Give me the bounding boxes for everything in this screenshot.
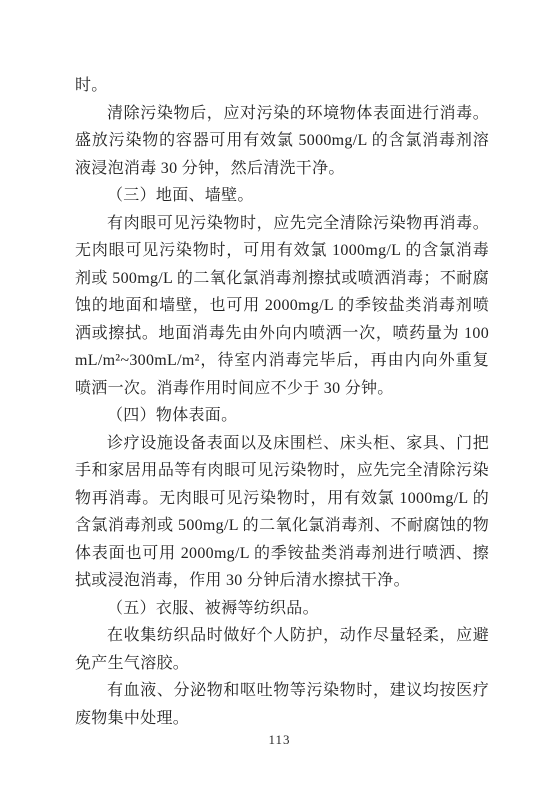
paragraph: 诊疗设施设备表面以及床围栏、床头柜、家具、门把手和家居用品等有肉眼可见污染物时，… [75, 430, 489, 595]
document-page: 时。 清除污染物后，应对污染的环境物体表面进行消毒。盛放污染物的容器可用有效氯 … [0, 0, 559, 793]
document-body: 时。 清除污染物后，应对污染的环境物体表面进行消毒。盛放污染物的容器可用有效氯 … [75, 72, 489, 732]
section-heading-4: （四）物体表面。 [75, 402, 489, 430]
paragraph: 在收集纺织品时做好个人防护，动作尽量轻柔，应避免产生气溶胶。 [75, 622, 489, 677]
section-heading-3: （三）地面、墙壁。 [75, 182, 489, 210]
page-number: 113 [0, 732, 559, 748]
section-heading-5: （五）衣服、被褥等纺织品。 [75, 595, 489, 623]
paragraph: 有血液、分泌物和呕吐物等污染物时，建议均按医疗废物集中处理。 [75, 677, 489, 732]
paragraph-continuation: 时。 [75, 72, 489, 100]
paragraph: 清除污染物后，应对污染的环境物体表面进行消毒。盛放污染物的容器可用有效氯 500… [75, 100, 489, 183]
paragraph: 有肉眼可见污染物时，应先完全清除污染物再消毒。无肉眼可见污染物时，可用有效氯 1… [75, 210, 489, 403]
